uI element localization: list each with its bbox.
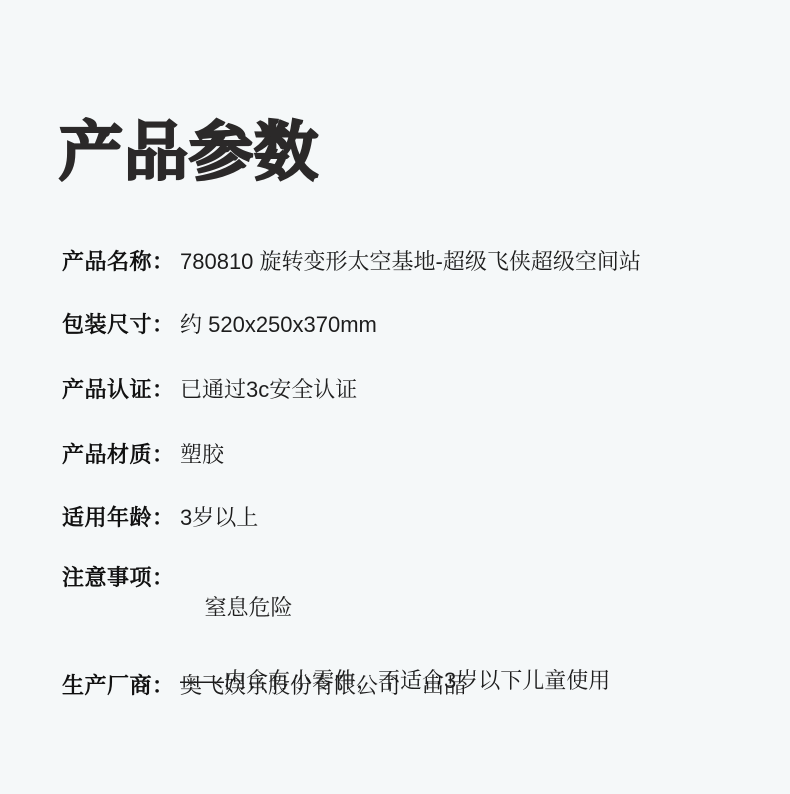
product-parameters-page: { "page": { "background_color": "#f5f8f9… <box>0 0 790 794</box>
spec-label-age-range: 适用年龄： <box>62 503 180 533</box>
spec-value-age-range: 3岁以上 <box>180 503 258 533</box>
spec-label-material: 产品材质： <box>62 440 180 470</box>
spec-label-product-name: 产品名称： <box>62 247 180 277</box>
spec-value-product-name: 780810 旋转变形太空基地-超级飞侠超级空间站 <box>180 247 641 277</box>
warning-line-1: 窒息危险 <box>204 595 292 620</box>
spec-label-package-size: 包装尺寸： <box>62 310 180 340</box>
spec-row-package-size: 包装尺寸： 约 520x250x370mm <box>62 310 768 340</box>
spec-row-warnings: 注意事项： 窒息危险 ——内含有小零件，不适合3岁以下儿童使用 <box>62 563 768 756</box>
spec-label-certification: 产品认证： <box>62 375 180 405</box>
spec-value-material: 塑胶 <box>180 440 224 470</box>
spec-row-material: 产品材质： 塑胶 <box>62 440 768 470</box>
spec-value-warnings: 窒息危险 ——内含有小零件，不适合3岁以下儿童使用 <box>180 563 610 756</box>
spec-value-certification: 已通过3c安全认证 <box>180 375 357 405</box>
spec-row-certification: 产品认证： 已通过3c安全认证 <box>62 375 768 405</box>
spec-value-package-size: 约 520x250x370mm <box>180 310 377 340</box>
spec-value-manufacturer: 奥飞娱乐股份有限公司 出品 <box>180 671 466 701</box>
spec-row-manufacturer: 生产厂商： 奥飞娱乐股份有限公司 出品 <box>62 671 768 701</box>
spec-row-age-range: 适用年龄： 3岁以上 <box>62 503 768 533</box>
section-title: 产品参数 <box>59 118 319 186</box>
spec-row-product-name: 产品名称： 780810 旋转变形太空基地-超级飞侠超级空间站 <box>62 247 768 277</box>
spec-label-warnings: 注意事项： <box>62 563 180 593</box>
spec-label-manufacturer: 生产厂商： <box>62 671 180 701</box>
